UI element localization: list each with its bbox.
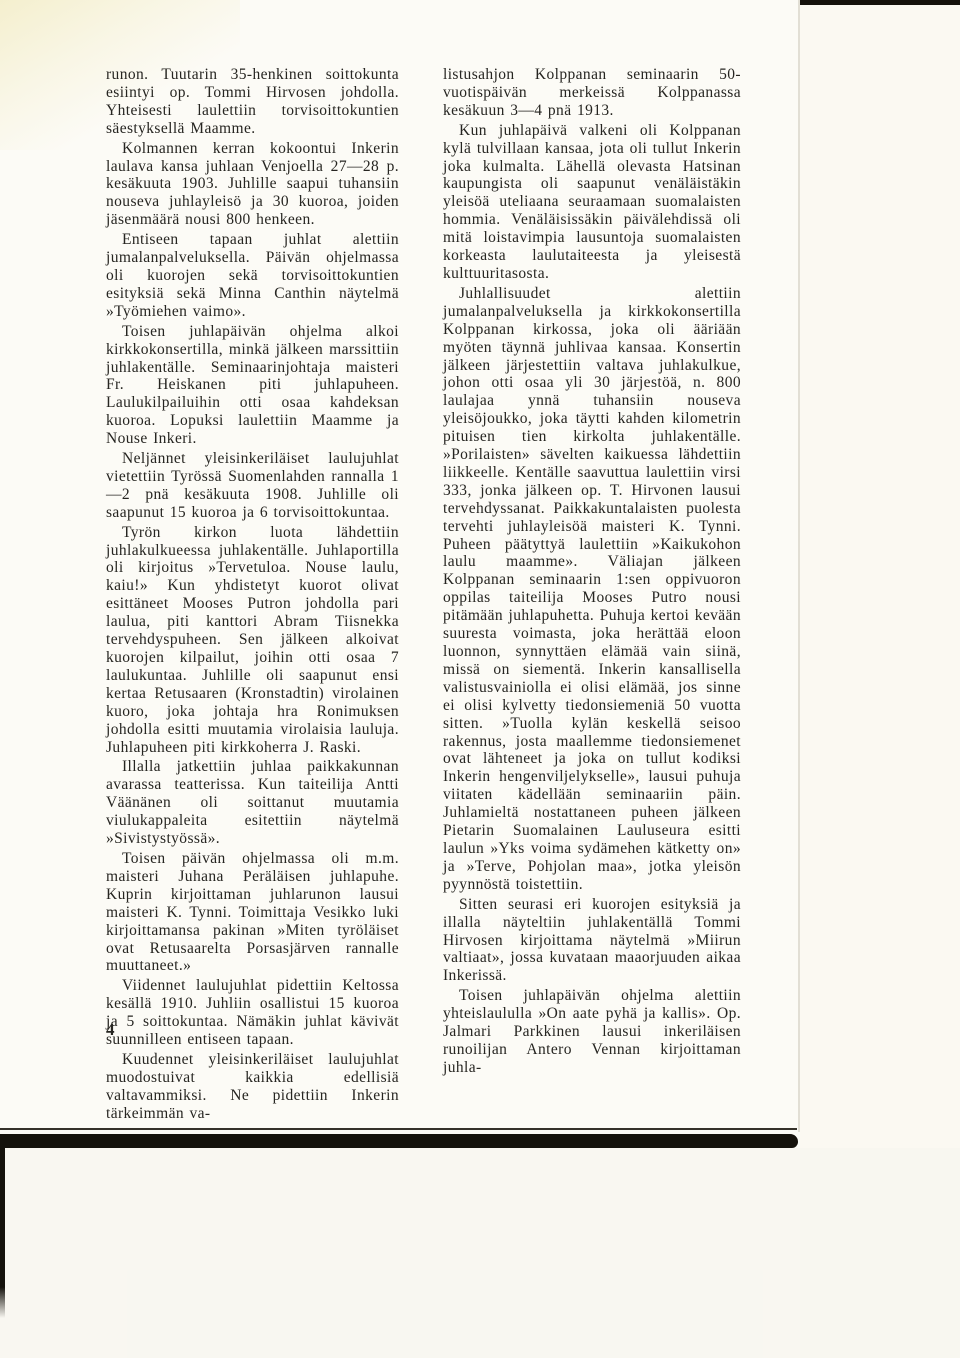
paragraph: Illalla jatkettiin juhlaa paikkakunnan a… bbox=[106, 758, 399, 848]
paragraph: Toisen juhlapäivän ohjelma alettiin yhte… bbox=[443, 987, 741, 1077]
cover-edge-top-strip bbox=[800, 0, 960, 5]
page-number: 4 bbox=[106, 1020, 115, 1040]
paragraph: Sitten seurasi eri kuorojen esityksiä ja… bbox=[443, 896, 741, 986]
bottom-edge-thin-line bbox=[0, 1128, 797, 1130]
paragraph: Toisen päivän ohjelmassa oli m.m. maiste… bbox=[106, 850, 399, 975]
paragraph: Viidennet laulujuhlat pidettiin Keltossa… bbox=[106, 977, 399, 1049]
adjacent-page-edge bbox=[800, 0, 960, 1358]
paragraph: Kun juhlapäivä valkeni oli Kolppanan kyl… bbox=[443, 122, 741, 283]
text-column-left: runon. Tuutarin 35-henkinen soittokunta … bbox=[106, 66, 399, 1125]
bottom-board-edge-band bbox=[0, 1134, 798, 1148]
paragraph: Toisen juhlapäivän ohjelma alkoi kirkkok… bbox=[106, 323, 399, 448]
text-column-right: listusahjon Kolppanan seminaarin 50-vuot… bbox=[443, 66, 741, 1079]
paragraph: Juhlallisuudet alettiin jumalanpalveluks… bbox=[443, 285, 741, 894]
paragraph: Tyrön kirkon luota lähdettiin juhlakulku… bbox=[106, 524, 399, 757]
paragraph: Entiseen tapaan juhlat alettiin jumalanp… bbox=[106, 231, 399, 321]
paragraph: listusahjon Kolppanan seminaarin 50-vuot… bbox=[443, 66, 741, 120]
paragraph: runon. Tuutarin 35-henkinen soittokunta … bbox=[106, 66, 399, 138]
paragraph: Kolmannen kerran kokoontui Inkerin laula… bbox=[106, 140, 399, 230]
paragraph: Kuudennet yleisinkeriläiset laulujuhlat … bbox=[106, 1051, 399, 1123]
scanned-book-page: runon. Tuutarin 35-henkinen soittokunta … bbox=[0, 0, 960, 1358]
page-edge-line bbox=[798, 0, 800, 1132]
paragraph: Neljännet yleisinkeriläiset laulujuhlat … bbox=[106, 450, 399, 522]
spine-edge-bar bbox=[0, 1146, 5, 1318]
